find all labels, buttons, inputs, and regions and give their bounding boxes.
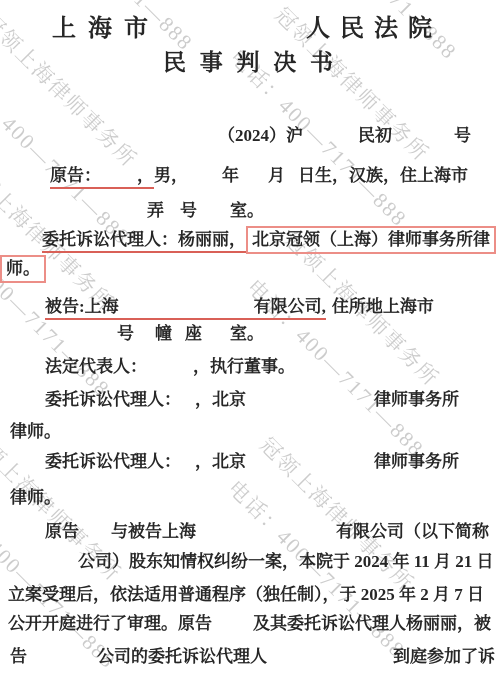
text-segment: 法定代表人： bbox=[45, 357, 147, 376]
red-underline-annotation: 原告：， bbox=[50, 166, 154, 189]
text-segment: 有限公司, bbox=[254, 297, 326, 316]
text-segment: 号 bbox=[180, 201, 197, 220]
text-segment: 律师。 bbox=[10, 488, 61, 507]
red-box-annotation: 北京冠领（上海）律师事务所律 bbox=[246, 226, 496, 254]
redacted-blank bbox=[79, 535, 111, 537]
redacted-blank bbox=[197, 214, 230, 216]
body-line: 号幢座室。 bbox=[117, 323, 264, 345]
text-segment: 被告:上海 bbox=[45, 297, 119, 316]
redacted-blank bbox=[285, 179, 298, 181]
body-line: 立案受理后，依法适用普通程序（独任制），于 2025 年 2 月 7 日 bbox=[8, 584, 484, 606]
redacted-blank bbox=[239, 179, 268, 181]
redacted-blank bbox=[27, 660, 97, 662]
body-line: 律师。 bbox=[10, 487, 61, 509]
redacted-blank bbox=[101, 179, 137, 181]
text-segment: 及其委托诉讼代理人杨丽丽，被 bbox=[253, 614, 491, 633]
text-segment: 北京冠领（上海）律师事务所律 bbox=[252, 230, 490, 249]
body-line: 原告与被告上海有限公司（以下简称 bbox=[45, 521, 489, 543]
document-title: 民 事 判 决 书 bbox=[0, 44, 500, 77]
text-segment: 室。 bbox=[230, 324, 264, 343]
body-line: 法定代表人：，执行董事。 bbox=[45, 356, 295, 378]
redacted-blank bbox=[202, 337, 230, 339]
text-segment: 座 bbox=[185, 324, 202, 343]
text-segment: 公司的委托诉讼代理人 bbox=[97, 647, 267, 666]
text-segment: ，北京 bbox=[195, 390, 246, 409]
text-segment: ，北京 bbox=[195, 452, 246, 471]
text-segment: 与被告上海 bbox=[111, 522, 196, 541]
redacted-blank bbox=[246, 465, 374, 467]
redacted-blank bbox=[303, 139, 358, 141]
text-segment: ，执行董事。 bbox=[193, 357, 295, 376]
redacted-blank bbox=[267, 660, 393, 662]
redacted-blank bbox=[392, 139, 454, 141]
text-segment: 男， bbox=[154, 166, 188, 185]
case-number-prefix: （2024）沪 bbox=[218, 126, 303, 145]
document-content: 上 海 市 人 民 法 院 民 事 判 决 书 （2024）沪民初号 原告：，男… bbox=[0, 0, 500, 675]
judgment-page: 电话：400—7171—888电话：400—7171—888冠领上海律师事务所电… bbox=[0, 0, 500, 675]
body-line: 被告:上海有限公司,住所地上海市 bbox=[45, 296, 434, 318]
redacted-blank bbox=[119, 310, 254, 312]
text-segment: 室。 bbox=[230, 201, 264, 220]
text-segment: 原告： bbox=[50, 166, 101, 185]
redacted-blank bbox=[147, 370, 193, 372]
text-segment: 日生，汉族，住上海市 bbox=[298, 166, 468, 185]
text-segment: 月 bbox=[268, 166, 285, 185]
red-underline-annotation: 委托诉讼代理人：杨丽丽， bbox=[42, 230, 246, 253]
body-line: 委托诉讼代理人：杨丽丽，北京冠领（上海）律师事务所律 bbox=[42, 229, 496, 251]
body-line: 弄号室。 bbox=[147, 200, 264, 222]
redacted-blank bbox=[181, 465, 195, 467]
text-segment: 住所地上海市 bbox=[332, 297, 434, 316]
text-segment: 年 bbox=[222, 166, 239, 185]
body-line: 公开开庭进行了审理。原告及其委托诉讼代理人杨丽丽，被 bbox=[8, 613, 491, 635]
text-segment: 立案受理后，依法适用普通程序（独任制），于 2025 年 2 月 7 日 bbox=[8, 585, 484, 604]
text-segment: 律师事务所 bbox=[374, 390, 459, 409]
body-line: 原告：，男，年月日生，汉族，住上海市 bbox=[50, 165, 468, 187]
redacted-blank bbox=[246, 403, 374, 405]
case-number-type: 民初 bbox=[358, 126, 392, 145]
text-segment: 委托诉讼代理人： bbox=[45, 452, 181, 471]
red-underline-annotation: 被告:上海有限公司, bbox=[45, 297, 326, 320]
text-segment: ， bbox=[137, 166, 154, 185]
case-number-suffix: 号 bbox=[454, 126, 471, 145]
text-segment: 幢 bbox=[155, 324, 172, 343]
court-name-left: 上 海 市 bbox=[52, 8, 151, 43]
text-segment: 公开开庭进行了审理。原告 bbox=[8, 614, 212, 633]
body-line: 师。 bbox=[0, 258, 46, 280]
redacted-blank bbox=[164, 214, 180, 216]
text-segment: 到庭参加了诉 bbox=[393, 647, 495, 666]
redacted-blank bbox=[212, 627, 253, 629]
redacted-blank bbox=[181, 403, 195, 405]
text-segment: 弄 bbox=[147, 201, 164, 220]
text-segment: 律师事务所 bbox=[374, 452, 459, 471]
text-segment: 律师。 bbox=[10, 422, 61, 441]
body-line: 律师。 bbox=[10, 421, 61, 443]
redacted-blank bbox=[196, 535, 336, 537]
text-segment: 告 bbox=[10, 647, 27, 666]
text-segment: 委托诉讼代理人：杨丽丽， bbox=[42, 230, 246, 249]
redacted-blank bbox=[134, 337, 155, 339]
body-line: 告公司的委托诉讼代理人到庭参加了诉 bbox=[10, 646, 495, 668]
redacted-blank bbox=[188, 179, 222, 181]
body-line: 委托诉讼代理人：，北京律师事务所 bbox=[45, 389, 459, 411]
text-segment: 师。 bbox=[6, 259, 40, 278]
text-segment: 有限公司（以下简称 bbox=[336, 522, 489, 541]
red-box-annotation: 师。 bbox=[0, 255, 46, 283]
text-segment: 原告 bbox=[45, 522, 79, 541]
text-segment: 公司）股东知情权纠纷一案，本院于 2024 年 11 月 21 日 bbox=[78, 552, 494, 571]
body-line: 委托诉讼代理人：，北京律师事务所 bbox=[45, 451, 459, 473]
text-segment: 号 bbox=[117, 324, 134, 343]
court-name-right: 人 民 法 院 bbox=[306, 8, 434, 43]
redacted-blank bbox=[172, 337, 185, 339]
case-number-line: （2024）沪民初号 bbox=[218, 125, 471, 147]
text-segment: 委托诉讼代理人： bbox=[45, 390, 181, 409]
body-line: 公司）股东知情权纠纷一案，本院于 2024 年 11 月 21 日 bbox=[78, 551, 494, 573]
